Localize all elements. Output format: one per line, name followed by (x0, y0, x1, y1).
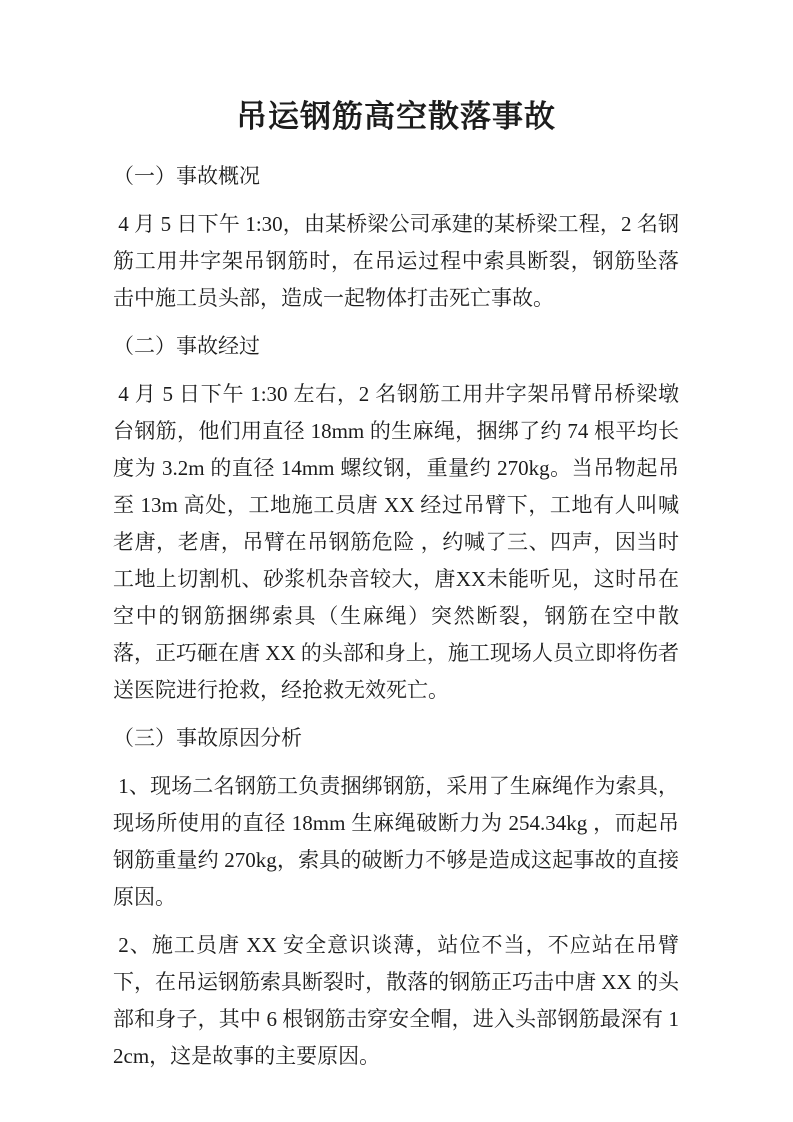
section-heading-cause-analysis: （三）事故原因分析 (113, 720, 679, 757)
document-page: 吊运钢筋高空散落事故 （一）事故概况 4 月 5 日下午 1:30，由某桥梁公司… (0, 0, 793, 1122)
paragraph-overview: 4 月 5 日下午 1:30，由某桥梁公司承建的某桥梁工程，2 名钢筋工用井字架… (113, 206, 679, 317)
paragraph-cause-2: 2、施工员唐 XX 安全意识谈薄，站位不当，不应站在吊臂下，在吊运钢筋索具断裂时… (113, 927, 679, 1075)
document-title: 吊运钢筋高空散落事故 (113, 95, 679, 139)
paragraph-cause-1: 1、现场二名钢筋工负责捆绑钢筋，采用了生麻绳作为索具，现场所使用的直径 18mm… (113, 768, 679, 916)
paragraph-process: 4 月 5 日下午 1:30 左右，2 名钢筋工用井字架吊臂吊桥梁墩台钢筋，他们… (113, 376, 679, 709)
section-heading-overview: （一）事故概况 (113, 158, 679, 195)
section-heading-process: （二）事故经过 (113, 328, 679, 365)
